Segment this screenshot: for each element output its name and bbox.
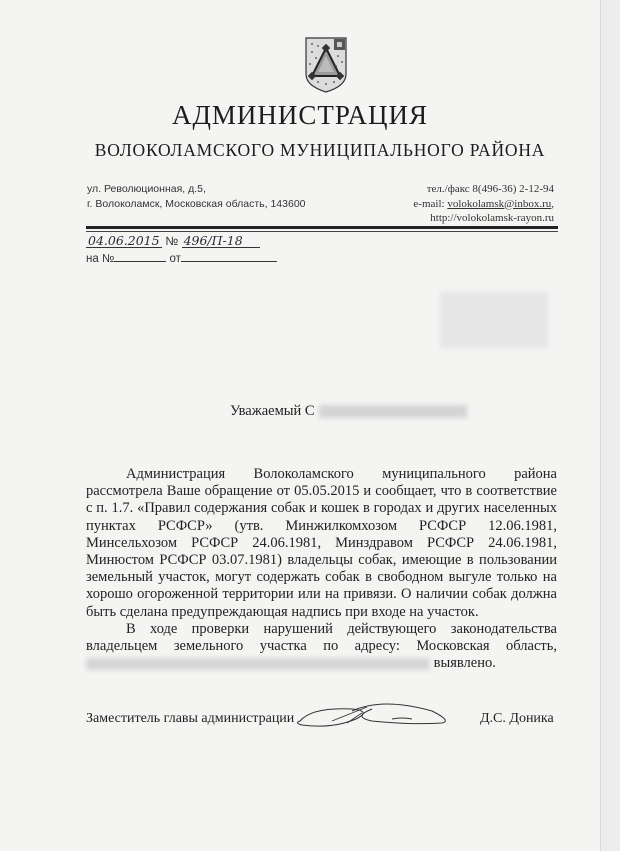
letter-body: Администрация Волоколамского муниципальн…: [86, 466, 557, 672]
reply-reference-line: на № от: [86, 251, 277, 265]
paragraph-2-end: выявлено.: [434, 655, 496, 671]
paragraph-2: В ходе проверки нарушений действующего з…: [86, 621, 557, 673]
email-line: e-mail: volokolamsk@inbox.ru,: [413, 197, 554, 212]
header-divider-thin: [86, 231, 558, 232]
email-link[interactable]: volokolamsk@inbox.ru: [447, 198, 551, 210]
handwritten-signature-icon: [292, 699, 462, 733]
organization-title: АДМИНИСТРАЦИЯ: [0, 100, 600, 131]
reply-to-label: на №: [86, 253, 114, 265]
registration-date: 04.06.2015: [86, 234, 162, 248]
greeting-text: Уважаемый С: [230, 403, 315, 419]
organization-subtitle: ВОЛОКОЛАМСКОГО МУНИЦИПАЛЬНОГО РАЙОНА: [0, 140, 620, 161]
address-line-1: ул. Революционная, д.5,: [87, 182, 306, 197]
reply-date-blank: [181, 251, 277, 262]
from-label: от: [169, 253, 180, 265]
signer-name: Д.С. Доника: [480, 711, 554, 727]
coat-of-arms-icon: [304, 36, 348, 94]
scan-edge: [601, 0, 620, 851]
email-suffix: ,: [551, 198, 554, 210]
postal-address: ул. Революционная, д.5, г. Волоколамск, …: [87, 182, 306, 212]
registration-number: 496/П-18: [182, 234, 260, 248]
header-divider-thick: [86, 226, 558, 229]
name-redacted: [319, 405, 467, 418]
registration-line: 04.06.2015 № 496/П-18: [86, 234, 260, 248]
recipient-redacted: [440, 292, 548, 348]
signer-position: Заместитель главы администрации: [86, 711, 294, 727]
website-link[interactable]: http://volokolamsk-rayon.ru: [413, 211, 554, 226]
address-line-2: г. Волоколамск, Московская область, 1436…: [87, 197, 306, 212]
number-label: №: [165, 234, 178, 248]
paragraph-1: Администрация Волоколамского муниципальн…: [86, 466, 557, 621]
reply-number-blank: [114, 251, 166, 262]
paragraph-2-start: В ходе проверки нарушений действующего з…: [86, 621, 557, 654]
contacts-block: тел./факс 8(496-36) 2-12-94 e-mail: volo…: [413, 182, 554, 226]
greeting: Уважаемый С: [230, 403, 467, 420]
address-redacted: [86, 658, 430, 670]
email-label: e-mail:: [413, 198, 447, 210]
phone-fax: тел./факс 8(496-36) 2-12-94: [413, 182, 554, 197]
letter-page: АДМИНИСТРАЦИЯ ВОЛОКОЛАМСКОГО МУНИЦИПАЛЬН…: [0, 0, 601, 851]
